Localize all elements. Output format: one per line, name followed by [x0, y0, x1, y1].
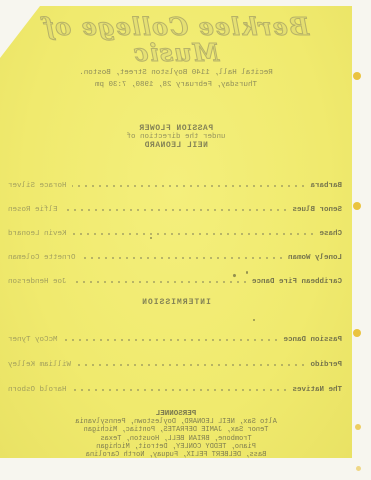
tune-title: Senor Blues [292, 206, 342, 214]
personnel-line: Tenor Sax, JAMIE DEFRATES, Pontiac, Mich… [0, 426, 352, 434]
program-item: Chase Kevin Leonard [8, 214, 342, 238]
tune-title: Perdido [310, 361, 342, 369]
paper-flaw-dot [46, 458, 51, 463]
tune-credit: Joe Henderson [8, 278, 67, 286]
personnel-line: Alto Sax, NEIL LEONARD, Doylestown, Penn… [0, 418, 352, 426]
punch-hole-dot [353, 202, 361, 210]
tune-credit: Harold Osborn [8, 386, 67, 394]
venue-address: Recital Hall, 1140 Boylston Street, Bost… [0, 69, 352, 78]
personnel-section: PERSONNEL Alto Sax, NEIL LEONARD, Doyles… [0, 410, 352, 468]
paper-speck [253, 319, 255, 321]
punch-hole-dot [353, 72, 361, 80]
paper-speck [246, 271, 248, 274]
program-item: Perdido William Kelley [8, 344, 342, 369]
program-item: Caribbean Fire Dance Joe Henderson [8, 262, 342, 286]
tune-title: The Natives [292, 386, 342, 394]
intermission-heading: INTERMISSION [0, 298, 352, 307]
personnel-line: Trombone, BRIAN BELL, Houston, Texas [0, 435, 352, 443]
event-datetime: Thursday, February 28, 1980, 7:30 pm [0, 81, 352, 90]
dot-leader [72, 279, 247, 285]
program-item: Lonely Woman Ornette Coleman [8, 238, 342, 262]
berklee-logo: Berklee College of Music [0, 14, 352, 66]
tune-credit: McCoy Tyner [8, 336, 58, 344]
personnel-line: Drums, ROBERT KROFT, Long Island, New Yo… [0, 459, 352, 467]
paper-speck [150, 237, 152, 239]
mirrored-content: Berklee College of Music Recital Hall, 1… [0, 6, 352, 458]
program-item: Senor Blues Elfie Rosen [8, 190, 342, 214]
program-list-part2: Passion Dance McCoy Tyner Perdido Willia… [8, 319, 342, 394]
tune-title: Caribbean Fire Dance [252, 278, 342, 286]
director-name: NEIL LEONARD [0, 141, 352, 150]
tune-title: Passion Dance [283, 336, 342, 344]
dot-leader [76, 362, 305, 368]
dot-leader [72, 231, 315, 237]
tune-credit: Ornette Coleman [8, 254, 76, 262]
punch-hole-dot [353, 329, 361, 337]
tune-credit: Kevin Leonard [8, 230, 67, 238]
program-item: The Natives Harold Osborn [8, 369, 342, 394]
dot-leader [63, 207, 288, 213]
personnel-line: Bass, DELBERT FELIX, Fuquay, North Carol… [0, 451, 352, 459]
tune-credit: William Kelley [8, 361, 71, 369]
ensemble-name: PASSION FLOWER [0, 124, 352, 133]
dot-leader [72, 183, 306, 189]
tune-credit: Elfie Rosen [8, 206, 58, 214]
dot-leader [63, 337, 279, 343]
program-page: Berklee College of Music Recital Hall, 1… [0, 6, 352, 458]
program-list-part1: Barbara Horace Silver Senor Blues Elfie … [8, 166, 342, 286]
dot-leader [81, 255, 283, 261]
program-item: Barbara Horace Silver [8, 166, 342, 190]
direction-line: under the direction of [0, 133, 352, 141]
tune-title: Barbara [310, 182, 342, 190]
dot-leader [72, 387, 288, 393]
punch-hole-dot [356, 466, 361, 471]
tune-title: Chase [319, 230, 342, 238]
program-item: Passion Dance McCoy Tyner [8, 319, 342, 344]
personnel-line: Piano, TEDDY CONLEY, Detroit, Michigan [0, 443, 352, 451]
personnel-heading: PERSONNEL [0, 410, 352, 418]
tune-credit: Horace Silver [8, 182, 67, 190]
punch-hole-dot [355, 424, 361, 430]
tune-title: Lonely Woman [288, 254, 342, 262]
